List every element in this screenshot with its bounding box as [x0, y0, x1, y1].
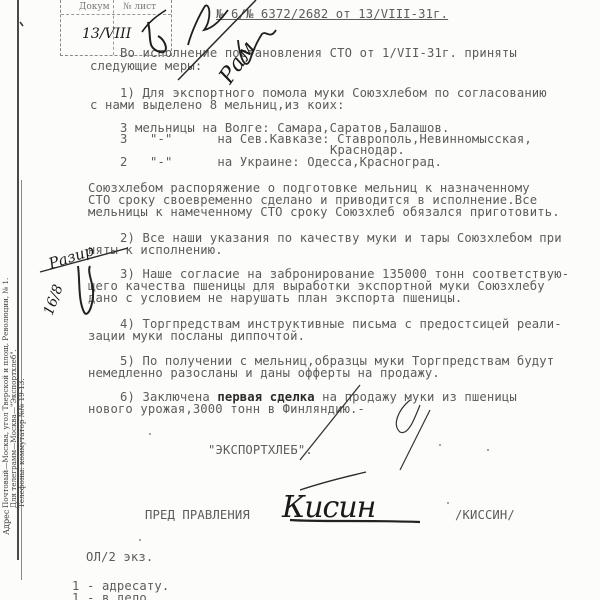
signatory-title: ПРЕД ПРАВЛЕНИЯ [145, 509, 250, 521]
item-3-line: дано с условием не нарушать план экспорт… [88, 292, 462, 304]
item-2-line: няты к исполнению. [88, 244, 223, 256]
letterhead-label: Адрес [2, 510, 11, 535]
intro-line: следующие меры: [90, 60, 202, 72]
paragraph-line: мельницы к намеченному СТО сроку Союзхле… [88, 206, 560, 218]
scanned-document-page: Почтовый—Москва, угол Тверской и площ. Р… [0, 0, 600, 600]
header-handwritten-initials: Рам [215, 36, 262, 88]
document-reference-number: № 6/№ 6372/2682 от 13/VIII-31г. [216, 8, 448, 20]
margin-note-date: 16/8 [41, 282, 67, 317]
stamp-handwritten-date: 13/VIII [82, 26, 131, 42]
letterhead-line: Телефоны: коммутатор №№ 19-13. [18, 278, 26, 508]
stamp-label: № лист [123, 2, 156, 12]
margin-note-resolution: Разир [46, 241, 96, 272]
item-1-line: с нами выделено 8 мельниц,из коих: [90, 99, 345, 111]
mills-list-item: 3 "-" на Сев.Кавказе: Ставрополь,Невинно… [120, 133, 532, 145]
mills-list-item: 2 "-" на Украине: Одесса,Красноград. [120, 156, 442, 168]
item-6-line: нового урожая,3000 тонн в Финляндию.- [88, 403, 365, 415]
stamp-label: Докум [79, 2, 110, 12]
signature-scrawl: Кисин [282, 490, 375, 525]
intro-line: Во исполнение постановления СТО от 1/VII… [120, 47, 517, 59]
item-4-line: зации муки посланы диппочтой. [88, 330, 305, 342]
organization-name: "ЭКСПОРТХЛЕБ". [208, 444, 313, 456]
letterhead-address-block: Почтовый—Москва, угол Тверской и площ. Р… [2, 278, 26, 508]
signatory-name: /КИССИН/ [455, 509, 515, 521]
item-5-line: немедленно разосланы и даны офферты на п… [88, 367, 440, 379]
distribution-line: 1 - в дело. [72, 592, 154, 600]
copies-count: ОЛ/2 экз. [86, 551, 153, 563]
